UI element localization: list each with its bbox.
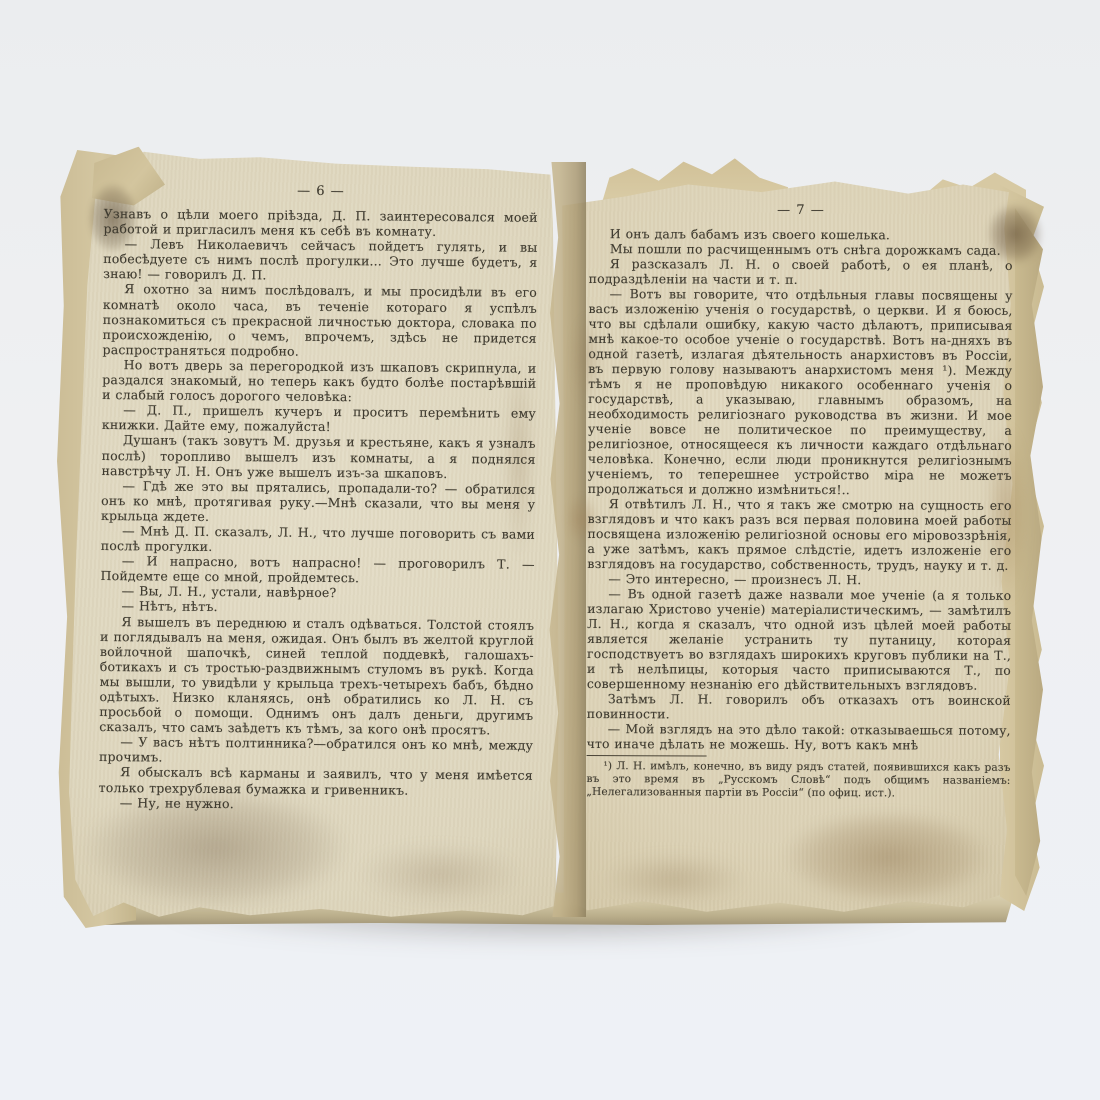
paragraph: — Мнѣ Д. П. сказалъ, Л. Н., что лучше по…	[101, 523, 535, 557]
page-6-text: Узнавъ о цѣли моего пріѣзда, Д. П. заинт…	[99, 206, 538, 814]
paragraph: Я обыскалъ всѣ карманы и заявилъ, что у …	[99, 764, 533, 798]
paragraph: Душанъ (такъ зовутъ М. друзья и крестьян…	[101, 432, 535, 481]
page-7-number: — 7 —	[589, 202, 1013, 219]
paragraph: — Въ одной газетѣ даже назвали мое учені…	[587, 586, 1011, 693]
paragraph: — Д. П., пришелъ кучеръ и проситъ перемѣ…	[102, 402, 536, 436]
footnote-rule	[587, 755, 707, 757]
paragraph: Я охотно за нимъ послѣдовалъ, и мы проси…	[102, 281, 537, 360]
paragraph: — Левъ Николаевичъ сейчасъ пойдетъ гулят…	[103, 236, 537, 285]
page-7-text: И онъ далъ бабамъ изъ своего кошелька.Мы…	[587, 226, 1013, 753]
paragraph: — Вотъ вы говорите, что отдѣльныя главы …	[588, 286, 1013, 498]
paragraph: — Мой взглядъ на это дѣло такой: отказыв…	[587, 721, 1011, 753]
page-6-number: — 6 —	[104, 182, 538, 201]
paragraph: — У васъ нѣтъ полтинника?—обратился онъ …	[99, 734, 533, 768]
paragraph: Я отвѣтилъ Л. Н., что я такъ же смотрю н…	[587, 496, 1011, 573]
paragraph: Затѣмъ Л. Н. говорилъ объ отказахъ отъ в…	[587, 691, 1011, 723]
paragraph: Узнавъ о цѣли моего пріѣзда, Д. П. заинт…	[104, 206, 538, 240]
paragraph: Я разсказалъ Л. Н. о своей работѣ, о ея …	[589, 256, 1013, 288]
fore-edge-page-stack	[1015, 208, 1043, 896]
page-7-content: — 7 — И онъ далъ бабамъ изъ своего кошел…	[586, 202, 1013, 800]
paragraph: Я вышелъ въ переднюю и сталъ одѣваться. …	[99, 614, 534, 739]
paragraph: Но вотъ дверь за перегородкой изъ шкапов…	[102, 357, 536, 406]
book-photo: — 6 — Узнавъ о цѣли моего пріѣзда, Д. П.…	[0, 0, 1100, 1100]
page-6-content: — 6 — Узнавъ о цѣли моего пріѣзда, Д. П.…	[99, 182, 538, 814]
footnote: ¹) Л. Н. имѣлъ, конечно, въ виду рядъ ст…	[586, 760, 1010, 800]
paragraph: — Гдѣ же это вы прятались, пропадали-то?…	[101, 478, 535, 527]
paragraph: — И напрасно, вотъ напрасно! — проговори…	[100, 553, 534, 587]
